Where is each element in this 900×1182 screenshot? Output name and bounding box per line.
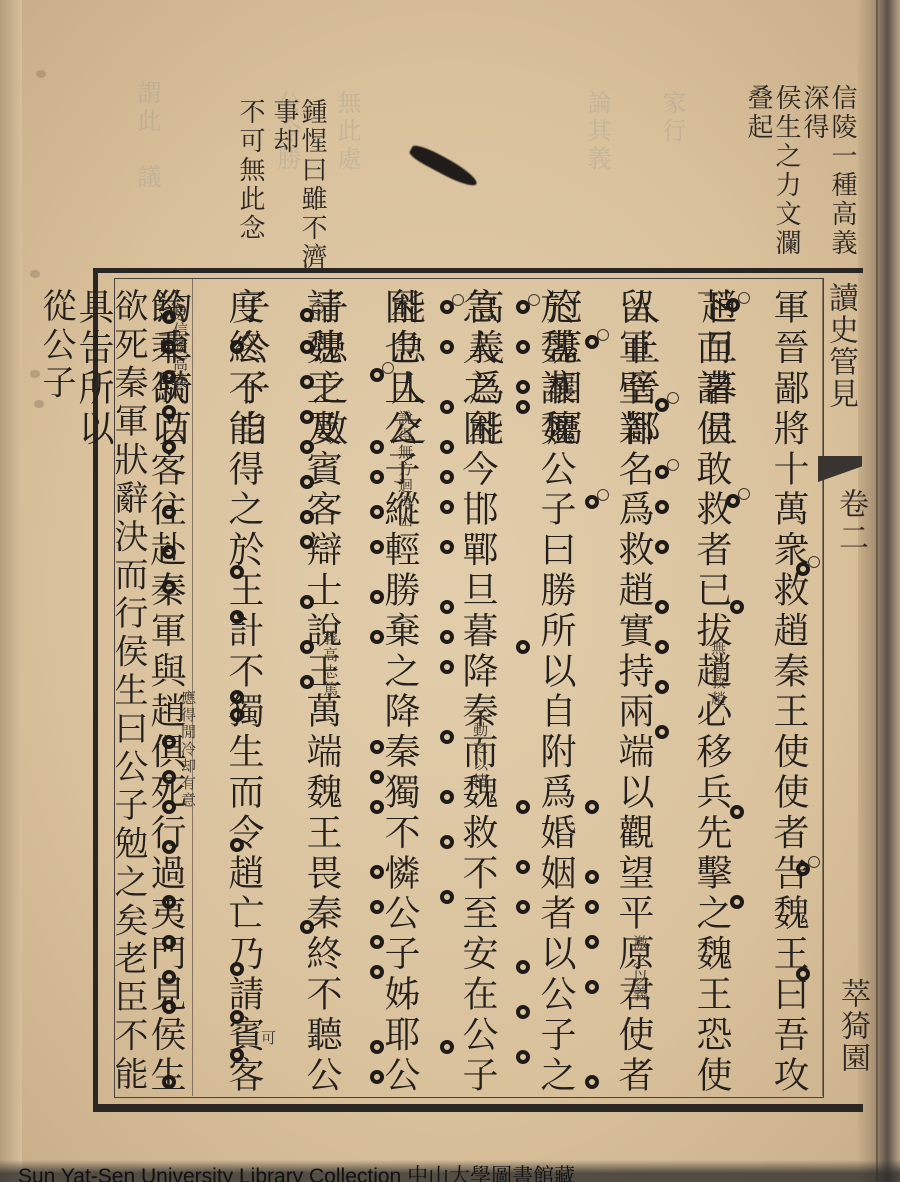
margin-comment: 侯生之力文瀾叠起 xyxy=(744,84,800,284)
interlinear-note: 激之以義 xyxy=(630,935,651,1003)
interlinear-note: 無意救趙 xyxy=(708,640,729,708)
text-column-4: 於魏讓魏公子曰勝所以自附爲婚姻者以公子之高義爲能 xyxy=(519,288,591,1096)
volume-label: 卷二 xyxy=(828,488,872,556)
margin-comment: 信陵一種高義深得 xyxy=(800,84,856,284)
text-column-10: 欲死秦軍狀辭決而行侯生曰公子勉之矣老臣不能從公子 xyxy=(104,288,164,1096)
page-frame-bottom xyxy=(93,1104,863,1112)
interlinear-note: 應得閒冷却有意 xyxy=(178,690,199,809)
interlinear-note: 又動之以情 xyxy=(470,705,491,790)
text-column-8: 度終不能得之於王計不獨生而令趙亡乃請賓客約車騎百 xyxy=(207,288,279,1096)
book-title: 讀史管見 xyxy=(826,282,862,410)
collection-credit: Sun Yat-Sen University Library Collectio… xyxy=(18,1160,575,1182)
interlinear-note: 說得無方迴得出 xyxy=(395,410,416,529)
interlinear-note: 見信陵高義 xyxy=(170,305,191,390)
wormhole xyxy=(30,270,40,278)
show-through-text: 家行 xyxy=(655,90,689,146)
wormhole xyxy=(36,70,46,78)
text-column-5: 急人之困今邯鄲旦暮降秦而魏救不至安在公子能急人之 xyxy=(441,288,513,1096)
show-through-text: 論其義 xyxy=(580,90,614,174)
show-through-text: 謂此 議 xyxy=(130,80,164,192)
publisher-label: 萃猗園 xyxy=(830,978,874,1074)
page-left-edge xyxy=(0,0,22,1182)
interlinear-note: 義高志篤 xyxy=(320,630,341,698)
show-through-text: 無此處 xyxy=(330,90,364,174)
interlinear-note: 可 xyxy=(258,1030,279,1047)
text-column-1: 軍晉鄙將十萬衆救趙秦王使使者告魏王曰吾攻趙旦暮且 xyxy=(752,288,824,1096)
